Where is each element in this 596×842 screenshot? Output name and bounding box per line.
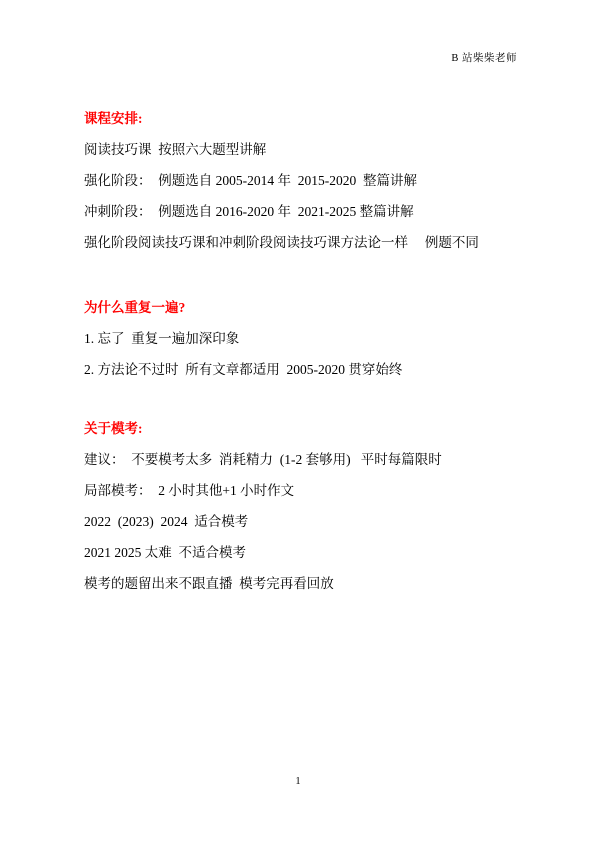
paragraph-line: 阅读技巧课 按照六大题型讲解 (84, 134, 526, 165)
header-author-watermark: B 站柴柴老师 (451, 50, 517, 65)
paragraph-line: 2. 方法论不过时 所有文章都适用 2005-2020 贯穿始终 (84, 354, 526, 385)
paragraph-line: 模考的题留出来不跟直播 模考完再看回放 (84, 568, 526, 599)
section-heading-why-repeat: 为什么重复一遍? (84, 292, 526, 323)
document-page: B 站柴柴老师 课程安排: 阅读技巧课 按照六大题型讲解 强化阶段： 例题选自 … (0, 0, 596, 842)
paragraph-line: 强化阶段阅读技巧课和冲刺阶段阅读技巧课方法论一样 例题不同 (84, 227, 526, 258)
paragraph-line: 2022 (2023) 2024 适合模考 (84, 506, 526, 537)
section-spacer (84, 258, 526, 292)
page-number: 1 (0, 776, 596, 787)
paragraph-line: 1. 忘了 重复一遍加深印象 (84, 323, 526, 354)
section-heading-course-schedule: 课程安排: (84, 103, 526, 134)
paragraph-line: 强化阶段： 例题选自 2005-2014 年 2015-2020 整篇讲解 (84, 165, 526, 196)
section-heading-about-mock-exam: 关于模考: (84, 413, 526, 444)
paragraph-line: 局部模考： 2 小时其他+1 小时作文 (84, 475, 526, 506)
paragraph-line: 冲刺阶段： 例题选自 2016-2020 年 2021-2025 整篇讲解 (84, 196, 526, 227)
section-spacer (84, 385, 526, 413)
document-body: 课程安排: 阅读技巧课 按照六大题型讲解 强化阶段： 例题选自 2005-201… (84, 103, 526, 599)
paragraph-line: 建议： 不要模考太多 消耗精力 (1-2 套够用) 平时每篇限时 (84, 444, 526, 475)
paragraph-line: 2021 2025 太难 不适合模考 (84, 537, 526, 568)
